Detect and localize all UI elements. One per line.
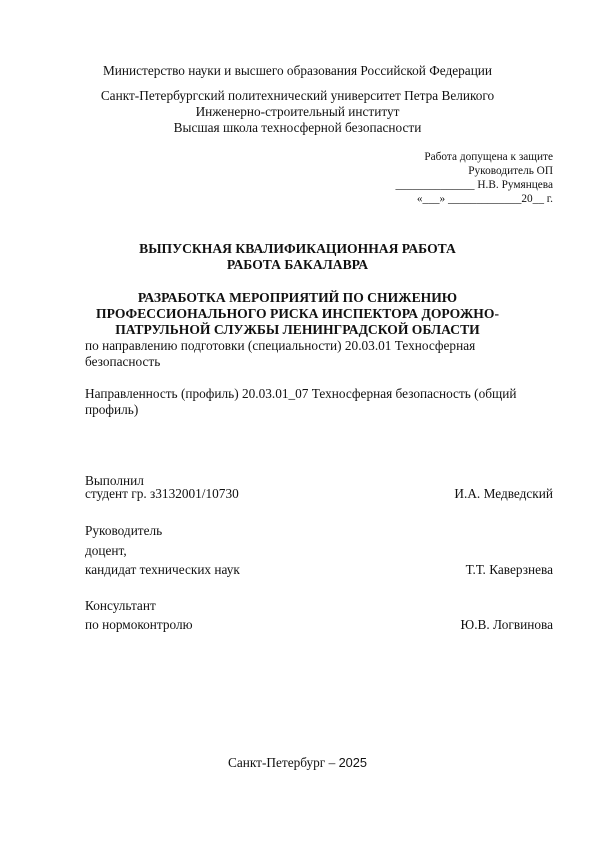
supervisor-position: доцент, xyxy=(85,544,127,557)
city-year: Санкт-Петербург – 2025 xyxy=(0,756,595,770)
approval-admitted: Работа допущена к защите xyxy=(424,152,553,163)
supervisor-name: Т.Т. Каверзнева xyxy=(466,563,553,576)
approval-date: «___» _____________20__ г. xyxy=(417,194,553,205)
supervisor-label: Руководитель xyxy=(85,524,162,537)
city-name: Санкт-Петербург – xyxy=(228,755,339,770)
topic-line-2: ПРОФЕССИОНАЛЬНОГО РИСКА ИНСПЕКТОРА ДОРОЖ… xyxy=(0,307,595,321)
consultant-name: Ю.В. Логвинова xyxy=(461,618,553,631)
profile-line-2: профиль) xyxy=(85,403,138,416)
topic-line-3: ПАТРУЛЬНОЙ СЛУЖБЫ ЛЕНИНГРАДСКОЙ ОБЛАСТИ xyxy=(0,323,595,337)
ministry-name: Министерство науки и высшего образования… xyxy=(0,64,595,77)
year: 2025 xyxy=(339,755,367,770)
performer-name: И.А. Медведский xyxy=(454,487,553,500)
approval-head-title: Руководитель ОП xyxy=(468,166,553,177)
topic-line-1: РАЗРАБОТКА МЕРОПРИЯТИЙ ПО СНИЖЕНИЮ xyxy=(0,291,595,305)
university-name: Санкт-Петербургский политехнический унив… xyxy=(0,89,595,102)
profile-line-1: Направленность (профиль) 20.03.01_07 Тех… xyxy=(85,387,516,400)
supervisor-degree: кандидат технических наук xyxy=(85,563,240,576)
direction-line-1: по направлению подготовки (специальности… xyxy=(85,339,475,352)
consultant-label: Консультант xyxy=(85,599,156,612)
work-type: ВЫПУСКНАЯ КВАЛИФИКАЦИОННАЯ РАБОТА xyxy=(0,242,595,256)
school-name: Высшая школа техносферной безопасности xyxy=(0,121,595,134)
consultant-role: по нормоконтролю xyxy=(85,618,193,631)
performer-role: студент гр. з3132001/10730 xyxy=(85,487,239,500)
approval-head-signature: ______________ Н.В. Румянцева xyxy=(396,180,554,191)
direction-line-2: безопасность xyxy=(85,355,160,368)
institute-name: Инженерно-строительный институт xyxy=(0,105,595,118)
work-degree: РАБОТА БАКАЛАВРА xyxy=(0,258,595,272)
